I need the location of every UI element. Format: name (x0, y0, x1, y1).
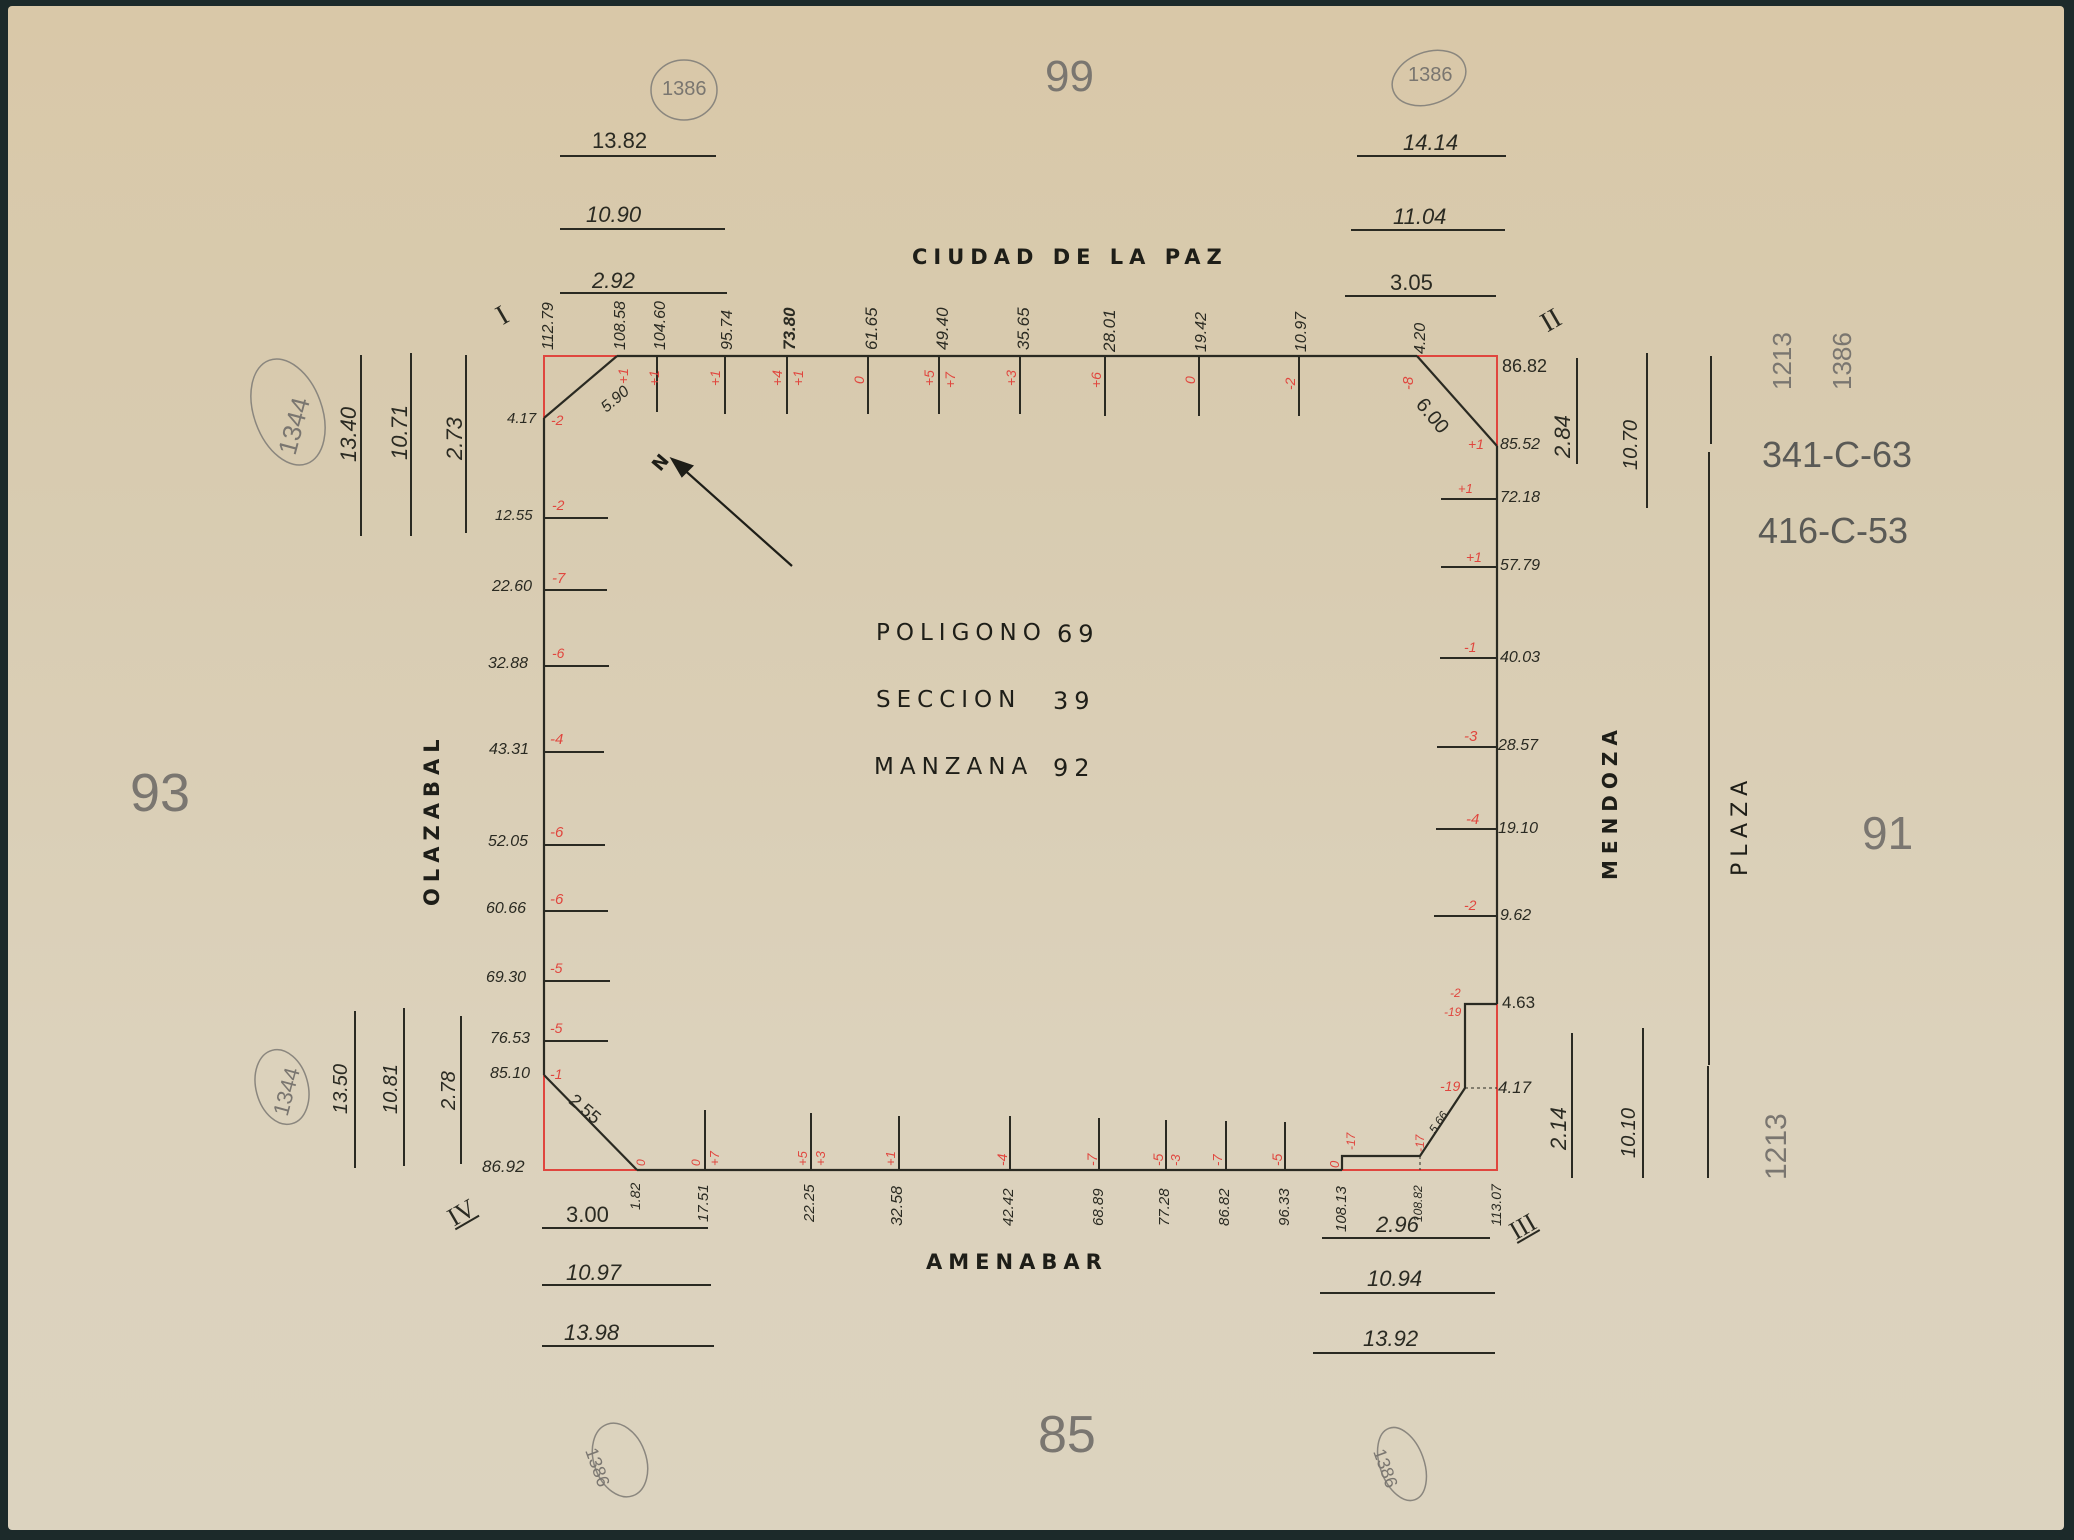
seccion-value: 39 (1053, 687, 1096, 715)
measure: 112.79 (540, 302, 558, 350)
offset: +7 (707, 1151, 722, 1166)
measure: 19.10 (1498, 820, 1538, 838)
manzana-label: MANZANA (874, 754, 1033, 780)
measure: 4.63 (1502, 993, 1535, 1013)
measure: 85.52 (1500, 436, 1540, 454)
plaza-label: PLAZA (1728, 775, 1753, 876)
side-note-2: 1386 (1827, 332, 1858, 390)
offset: -5 (550, 1020, 562, 1036)
offset: +3 (813, 1151, 828, 1166)
offset: -17 (1344, 1133, 1358, 1150)
offset: +1 (883, 1151, 898, 1166)
offset: +1 (615, 368, 631, 384)
offset: +5 (795, 1151, 810, 1166)
offset: -19 (1440, 1078, 1460, 1094)
measure: 43.31 (489, 741, 529, 759)
measure: 4.17 (507, 410, 536, 427)
offset: -3 (1168, 1154, 1183, 1166)
stamp-top-right: 1386 (1408, 64, 1453, 87)
offset: -19 (1444, 1005, 1461, 1019)
adjacent-block-east: 91 (1862, 806, 1913, 860)
measure: 108.13 (1333, 1186, 1350, 1232)
width-west-top-2: 2.73 (442, 417, 468, 460)
width-east-bottom-0: 2.14 (1546, 1107, 1572, 1150)
measure: 19.42 (1193, 312, 1211, 352)
offset: -6 (550, 824, 563, 841)
measure: 95.74 (719, 310, 737, 350)
measure: 32.88 (488, 655, 528, 673)
offset: 0 (1182, 376, 1198, 384)
measure: 76.53 (490, 1030, 530, 1048)
offset: -3 (1464, 728, 1477, 745)
width-west-top-0: 13.40 (336, 407, 362, 462)
measure: 108.82 (1411, 1185, 1425, 1222)
offset: 0 (1327, 1161, 1342, 1168)
width-north-left-0: 13.82 (592, 128, 647, 154)
measure: 1.82 (627, 1183, 643, 1210)
offset: -1 (550, 1066, 562, 1082)
offset: -8 (1400, 377, 1417, 390)
offset: +7 (942, 372, 958, 388)
measure: 28.57 (1498, 737, 1538, 755)
width-west-bottom-0: 13.50 (330, 1064, 353, 1114)
offset: +6 (1088, 372, 1104, 388)
offset: +4 (769, 370, 785, 386)
offset: +1 (1466, 549, 1482, 565)
offset: +1 (1468, 436, 1484, 452)
width-south-left-1: 10.97 (566, 1260, 621, 1286)
measure: 73.80 (780, 307, 800, 350)
seccion-label: SECCION (876, 687, 1021, 713)
offset: -2 (1450, 986, 1461, 1000)
stamp-top-left: 1386 (662, 78, 707, 101)
width-west-bottom-2: 2.78 (438, 1071, 461, 1110)
offset: +3 (1003, 370, 1019, 386)
measure: 22.60 (492, 578, 532, 596)
measure: 85.10 (490, 1065, 530, 1083)
offset: +1 (790, 370, 806, 386)
offset: -2 (552, 497, 564, 513)
offset: -4 (550, 731, 563, 748)
street-name-south: AMENABAR (926, 1250, 1108, 1274)
measure: 22.25 (801, 1184, 818, 1222)
measure: 49.40 (933, 307, 953, 350)
offset: -1 (1464, 639, 1476, 655)
measure: 17.51 (695, 1184, 712, 1222)
width-north-right-2: 3.05 (1390, 270, 1433, 296)
width-east-top-1: 10.70 (1620, 420, 1643, 470)
width-south-left-2: 13.98 (564, 1320, 619, 1346)
offset: -4 (1466, 811, 1479, 828)
width-east-bottom-1: 10.10 (1618, 1108, 1641, 1158)
measure: 86.82 (1502, 356, 1547, 377)
reference-code-2: 416-C-53 (1758, 510, 1908, 552)
offset: 0 (851, 376, 867, 384)
offset: -17 (1413, 1135, 1427, 1152)
width-east-top-0: 2.84 (1550, 415, 1576, 458)
width-north-left-2: 2.92 (592, 268, 635, 294)
measure: 69.30 (486, 969, 526, 987)
measure: 61.65 (862, 307, 882, 350)
adjacent-block-north: 99 (1045, 52, 1094, 102)
street-name-west: OLAZABAL (420, 733, 444, 906)
offset: +5 (921, 370, 937, 386)
width-south-right-2: 13.92 (1363, 1326, 1418, 1352)
block-geometry (0, 0, 2074, 1540)
width-west-bottom-1: 10.81 (380, 1064, 403, 1114)
offset: -6 (550, 891, 563, 908)
poligono-value: 69 (1057, 620, 1100, 648)
adjacent-block-south: 85 (1038, 1405, 1096, 1465)
measure: 104.60 (652, 301, 670, 350)
offset: 0 (634, 1159, 648, 1166)
measure: 77.28 (1156, 1188, 1173, 1226)
measure: 113.07 (1488, 1184, 1504, 1226)
reference-code-1: 341-C-63 (1762, 434, 1912, 476)
side-note-1: 1213 (1767, 332, 1798, 390)
width-west-top-1: 10.71 (387, 405, 413, 460)
offset: -2 (1282, 378, 1298, 390)
street-name-east: MENDOZA (1598, 724, 1622, 880)
width-north-right-1: 11.04 (1393, 204, 1446, 230)
adjacent-block-west: 93 (130, 762, 190, 824)
measure: 42.42 (1000, 1188, 1017, 1226)
street-name-north: CIUDAD DE LA PAZ (912, 245, 1228, 269)
side-note-3: 1213 (1760, 1113, 1794, 1180)
offset: -5 (1269, 1154, 1285, 1166)
measure: 4.20 (1412, 323, 1430, 354)
measure: 10.97 (1293, 312, 1311, 352)
measure: 60.66 (486, 900, 526, 918)
measure: 9.62 (1500, 907, 1531, 925)
measure: 86.92 (482, 1157, 525, 1177)
offset: -5 (550, 960, 562, 976)
measure: 52.05 (488, 833, 528, 851)
offset: +1 (707, 370, 723, 386)
offset: -7 (1210, 1154, 1225, 1166)
measure: 32.58 (889, 1186, 907, 1226)
measure: 86.82 (1216, 1188, 1233, 1226)
measure: 40.03 (1500, 649, 1540, 667)
measure: 28.01 (1100, 309, 1120, 352)
offset: -2 (1464, 897, 1476, 913)
measure: 4.17 (1498, 1078, 1531, 1098)
offset: -7 (552, 570, 565, 587)
offset: +1 (1458, 481, 1473, 496)
measure: 57.79 (1500, 557, 1540, 575)
measure: 68.89 (1090, 1188, 1107, 1226)
offset: -6 (552, 645, 564, 661)
measure: 35.65 (1014, 307, 1034, 350)
offset: -2 (551, 412, 563, 428)
offset: -7 (1084, 1154, 1100, 1166)
measure: 72.18 (1500, 489, 1540, 507)
offset: +1 (646, 370, 662, 386)
width-south-right-1: 10.94 (1367, 1266, 1422, 1292)
measure: 96.33 (1276, 1188, 1293, 1226)
offset: -4 (994, 1154, 1010, 1166)
poligono-label: POLIGONO (876, 620, 1047, 646)
offset: -5 (1150, 1154, 1166, 1166)
width-south-left-0: 3.00 (566, 1202, 609, 1228)
measure: 12.55 (495, 507, 533, 524)
width-north-left-1: 10.90 (586, 202, 641, 228)
measure: 108.58 (612, 301, 630, 350)
width-north-right-0: 14.14 (1403, 130, 1458, 156)
manzana-value: 92 (1053, 754, 1096, 782)
offset: 0 (689, 1159, 703, 1166)
